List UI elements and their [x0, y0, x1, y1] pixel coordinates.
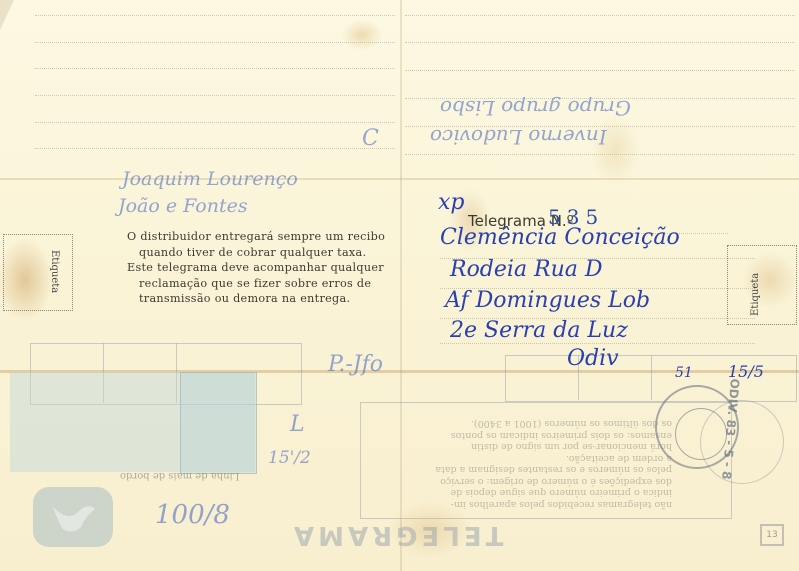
etiqueta-box-left — [3, 234, 73, 311]
dotted-line — [405, 15, 795, 16]
etiqueta-label-left: Etiqueta — [49, 250, 60, 293]
number-51: 51 — [675, 365, 693, 381]
signature: P.-Jfo — [328, 352, 383, 377]
address-line-2: Rodeia Rua D — [450, 257, 603, 282]
mirrored-handwriting-1: Grupo grupo Lisbo — [440, 96, 631, 120]
dotted-line — [405, 154, 795, 155]
horizontal-fold-top — [0, 178, 799, 180]
dotted-line — [35, 68, 395, 69]
bird-emblem-icon — [33, 487, 113, 547]
bleed-line: horá mencionar-se por um signo de distin — [372, 441, 672, 453]
bleed-line: indica o primeiro número que sigue depoi… — [372, 487, 672, 499]
etiqueta-label-right: Etiqueta — [750, 273, 761, 316]
page-marker: 13 — [760, 524, 784, 546]
annotation-xp: xp — [438, 190, 465, 215]
address-line-4: 2e Serra da Luz — [450, 318, 628, 343]
dotted-line — [405, 70, 795, 71]
bleed-footnote: Linha de mais de bordo — [120, 470, 239, 481]
delivery-notice: O distribuidor entregará sempre um recib… — [127, 229, 387, 307]
bleed-through-title: TELEGRAMA — [290, 520, 503, 550]
bleed-line: os dos últimos os números (1001 a 3400). — [372, 418, 672, 430]
handwriting-c: C — [362, 126, 379, 151]
notice-paragraph-2: Este telegrama deve acompanhar qualquer … — [127, 260, 387, 307]
torn-corner — [0, 0, 14, 30]
initial-mark: L — [290, 412, 305, 437]
bleed-through-text: não telegramas recebidos pelos aparelhos… — [372, 418, 672, 510]
bleed-line: não telegramas recebidos pelos aparelhos… — [372, 499, 672, 511]
post-logo — [33, 487, 113, 547]
dotted-line — [35, 122, 395, 123]
dotted-line — [405, 42, 795, 43]
address-line — [440, 343, 755, 344]
handwriting-left-2: João e Fontes — [118, 195, 248, 217]
fraction-mark: 15'/2 — [268, 448, 311, 468]
bleed-line: dos expedições é o número de origem: o s… — [372, 476, 672, 488]
bleed-line: ensamos: os dois primeiros indicam os po… — [372, 430, 672, 442]
dotted-line — [35, 42, 395, 43]
dotted-line — [35, 148, 395, 149]
blue-shaded-panel-inner — [180, 372, 257, 474]
postmark-second — [700, 400, 784, 484]
address-line-1: Clemência Conceição — [440, 225, 680, 250]
address-line-3: Af Domingues Lob — [445, 288, 650, 313]
bleed-line: pelos os números e os restantes designam… — [372, 464, 672, 476]
bleed-line: a ordem de aceitação. — [372, 453, 672, 465]
dotted-line — [35, 95, 395, 96]
etiqueta-box-right — [727, 245, 797, 325]
address-line-5: Odiv — [567, 346, 619, 371]
mirrored-handwriting-2: Inverno Ludovico — [430, 125, 607, 149]
handwriting-left-1: Joaquim Lourenço — [122, 168, 298, 190]
number-annotation: 100/8 — [155, 500, 230, 530]
notice-paragraph-1: O distribuidor entregará sempre um recib… — [127, 229, 387, 260]
dotted-line — [35, 15, 395, 16]
